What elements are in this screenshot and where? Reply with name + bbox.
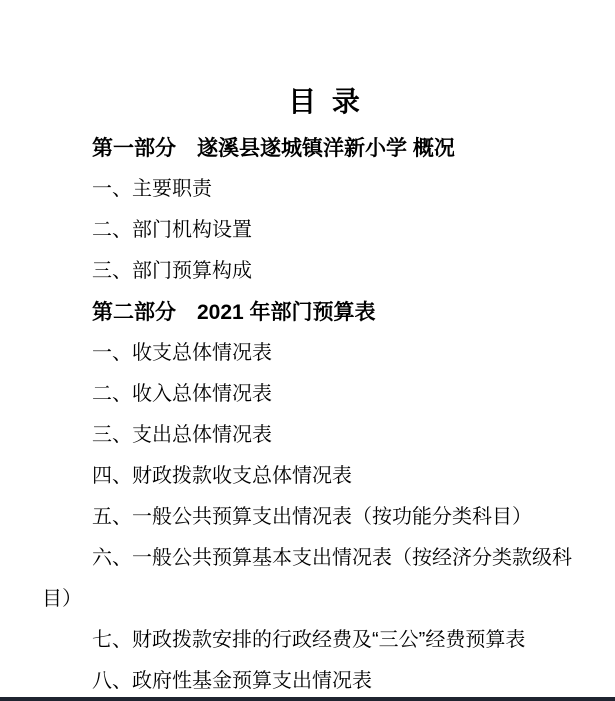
toc-part2-item-8: 八、政府性基金预算支出情况表	[42, 661, 610, 701]
toc-part1-item-1: 一、主要职责	[42, 169, 610, 210]
toc-part2-heading: 第二部分 2021 年部门预算表	[42, 292, 610, 333]
toc-part1-item-2: 二、部门机构设置	[42, 210, 610, 251]
toc-part1-heading: 第一部分 遂溪县遂城镇洋新小学 概况	[42, 128, 610, 169]
document-page: 目 录 第一部分 遂溪县遂城镇洋新小学 概况 一、主要职责 二、部门机构设置 三…	[0, 0, 615, 701]
toc-part2-item-5: 五、一般公共预算支出情况表（按功能分类科目）	[42, 497, 610, 538]
toc-part2-item-1: 一、收支总体情况表	[42, 333, 610, 374]
toc-content: 目 录 第一部分 遂溪县遂城镇洋新小学 概况 一、主要职责 二、部门机构设置 三…	[0, 0, 615, 701]
toc-part2-item-4: 四、财政拨款收支总体情况表	[42, 456, 610, 497]
toc-part2-item-6-line1: 六、一般公共预算基本支出情况表（按经济分类款级科	[42, 538, 610, 579]
toc-part2-item-3: 三、支出总体情况表	[42, 415, 610, 456]
toc-title: 目 录	[42, 84, 610, 120]
toc-part2-item-2: 二、收入总体情况表	[42, 374, 610, 415]
toc-part2-item-6-line2: 目）	[42, 579, 610, 620]
toc-part1-item-3: 三、部门预算构成	[42, 251, 610, 292]
toc-part2-item-7: 七、财政拨款安排的行政经费及“三公”经费预算表	[42, 620, 610, 661]
page-bottom-edge	[0, 697, 615, 701]
